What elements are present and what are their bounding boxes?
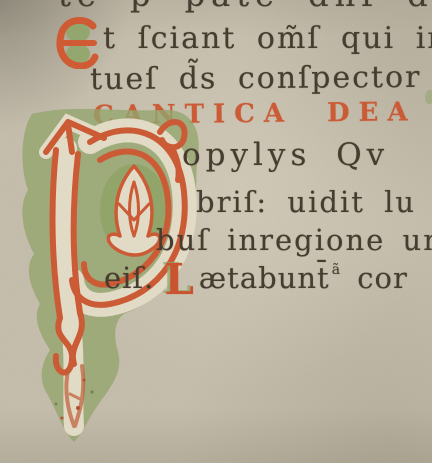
- canticle-aetabunt-text: ætabunt̄: [199, 261, 330, 295]
- canticle-line-bris: briſ: uidit lu: [196, 185, 416, 219]
- text-line-tues: tueſ d̃s conſpector: [90, 60, 422, 97]
- canticle-eis-text: eiſ.: [104, 261, 154, 295]
- text-line-et-sciant: t ſciant om̃ſ qui inh: [103, 21, 432, 56]
- canticle-line-bus: buſ inregione um: [156, 223, 432, 257]
- canticle-cor-text: cor: [357, 261, 408, 295]
- canticle-line-opylys: opylys Qv: [182, 137, 389, 173]
- green-smudge: [425, 90, 432, 104]
- initial-l-versal: L: [164, 266, 195, 294]
- clipped-top-text-line: te ṗ pate dn̄ſ deū uem̄: [58, 0, 432, 14]
- manuscript-page: te ṗ pate dn̄ſ deū uem̄ t ſciant om̃ſ qu…: [0, 0, 432, 463]
- abbreviation-superscript: ã: [332, 262, 340, 278]
- canticle-line-eis: eiſ.Lætabunt̄ã cor: [104, 261, 408, 295]
